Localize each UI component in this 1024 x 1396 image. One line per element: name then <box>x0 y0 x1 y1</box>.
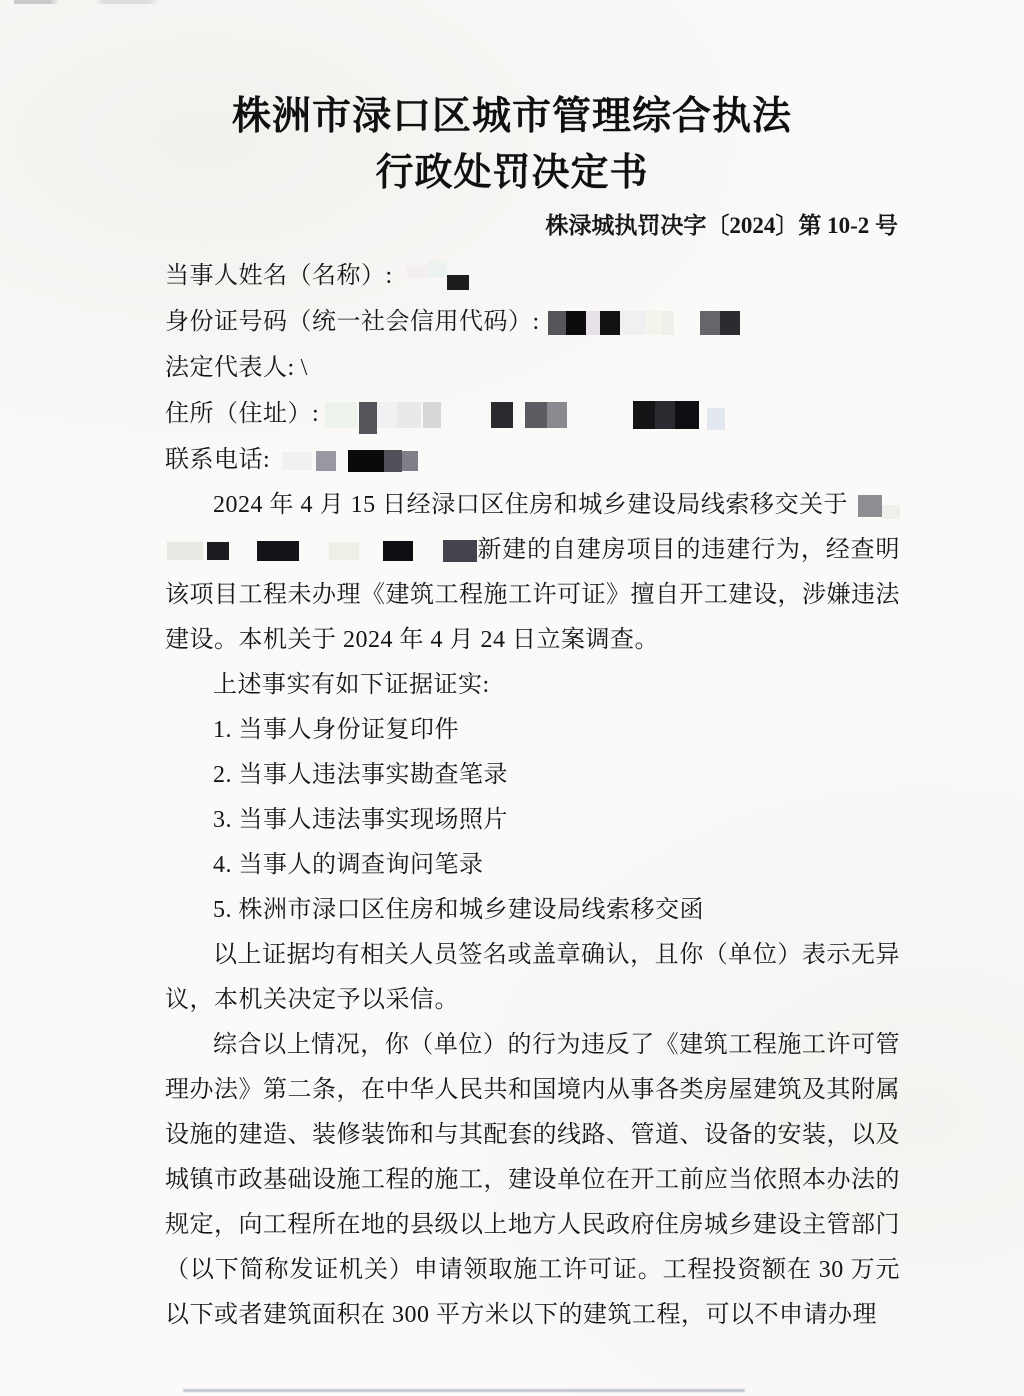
evidence-item-5: 5. 株洲市渌口区住房和城乡建设局线索移交函 <box>165 888 900 933</box>
document-title-line1: 株洲市渌口区城市管理综合执法 <box>0 88 1024 145</box>
field-legal-representative-label: 法定代表人: <box>165 355 295 381</box>
field-phone-label: 联系电话: <box>165 447 270 473</box>
evidence-item-1: 1. 当事人身份证复印件 <box>165 708 900 753</box>
field-legal-representative-value: \ <box>301 355 308 381</box>
redaction-id-number <box>540 309 740 335</box>
field-party-name-label: 当事人姓名（名称）: <box>165 263 393 289</box>
evidence-intro: 上述事实有如下证据证实: <box>165 663 900 708</box>
penalty-decision-document: 株洲市渌口区城市管理综合执法 行政处罚决定书 株渌城执罚决字〔2024〕第 10… <box>0 0 1024 1396</box>
paragraph-legal-basis: 综合以上情况，你（单位）的行为违反了《建筑工程施工许可管理办法》第二条，在中华人… <box>165 1023 900 1338</box>
document-title-line2: 行政处罚决定书 <box>0 145 1024 202</box>
field-phone: 联系电话: <box>165 437 900 483</box>
field-id-number: 身份证号码（统一社会信用代码）: <box>165 299 900 345</box>
field-address-label: 住所（住址）: <box>165 401 319 427</box>
redaction-phone <box>270 447 418 473</box>
field-legal-representative: 法定代表人: \ <box>165 345 900 391</box>
document-body: 2024 年 4 月 15 日经渌口区住房和城乡建设局线索移交关于新建的自建房项… <box>165 483 900 1338</box>
scan-edge-artifact <box>14 0 194 4</box>
party-info-fields: 当事人姓名（名称）: 身份证号码（统一社会信用代码）: 法定代表人: \ 住所（… <box>165 253 900 483</box>
document-header: 株洲市渌口区城市管理综合执法 行政处罚决定书 株渌城执罚决字〔2024〕第 10… <box>0 0 1024 242</box>
paragraph-case-origin: 2024 年 4 月 15 日经渌口区住房和城乡建设局线索移交关于新建的自建房项… <box>165 483 900 663</box>
case-origin-text-before: 2024 年 4 月 15 日经渌口区住房和城乡建设局线索移交关于 <box>213 492 848 518</box>
redaction-case-line2 <box>165 537 477 563</box>
field-id-number-label: 身份证号码（统一社会信用代码）: <box>165 309 540 335</box>
evidence-item-3: 3. 当事人违法事实现场照片 <box>165 798 900 843</box>
paragraph-evidence-acceptance: 以上证据均有相关人员签名或盖章确认，且你（单位）表示无异议，本机关决定予以采信。 <box>165 933 900 1023</box>
document-number: 株渌城执罚决字〔2024〕第 10-2 号 <box>0 210 1024 242</box>
field-address: 住所（住址）: <box>165 391 900 437</box>
paper-bottom-edge-shadow <box>183 1389 745 1392</box>
redaction-case-line1 <box>848 492 900 518</box>
field-party-name: 当事人姓名（名称）: <box>165 253 900 299</box>
redaction-party-name <box>393 263 469 289</box>
evidence-item-2: 2. 当事人违法事实勘查笔录 <box>165 753 900 798</box>
evidence-item-4: 4. 当事人的调查询问笔录 <box>165 843 900 888</box>
document-content: 当事人姓名（名称）: 身份证号码（统一社会信用代码）: 法定代表人: \ 住所（… <box>0 253 900 1338</box>
redaction-address <box>319 401 725 427</box>
